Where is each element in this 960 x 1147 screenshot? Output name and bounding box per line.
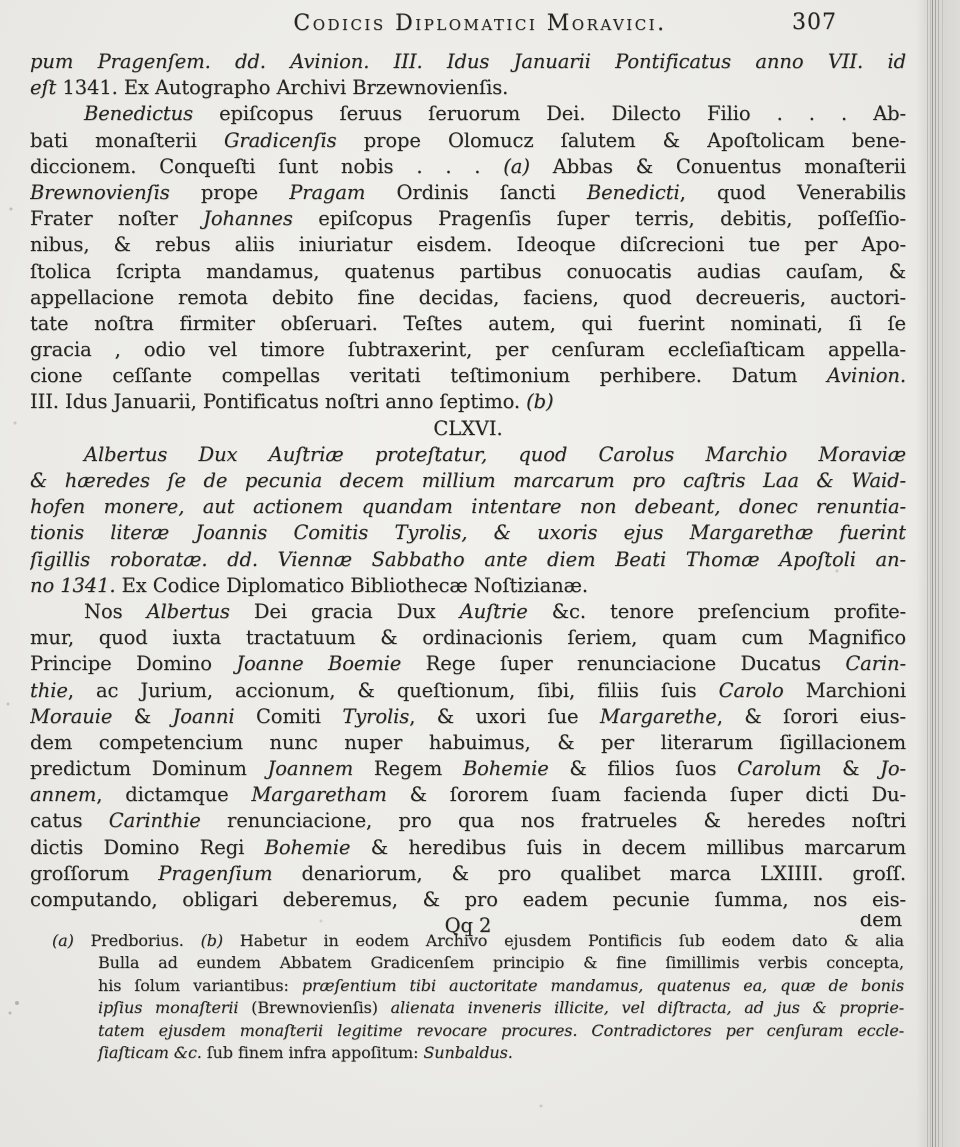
text-segment: mur, quod iuxta tractatuum & ordinacioni… [30,626,906,649]
text-segment: & [112,705,172,728]
text-segment: Morauie [30,705,112,728]
text-segment: epiſcopus Pragenſis ſuper terris, debiti… [293,207,906,230]
text-segment: Abbas & Conuentus monaſterii [530,155,906,178]
text-segment: Albertus Dux Auſtriæ proteſtatur, quod C… [84,443,906,466]
text-line: ſtolica ſcripta mandamus, quatenus parti… [30,260,906,286]
text-segment: , quod Venerabilis [680,181,906,204]
text-segment: computando, obligari deberemus, & pro ea… [30,888,906,911]
text-segment: Bohemie [463,757,549,780]
text-segment: (Brewnovienſis) [251,998,378,1017]
text-segment: Pragam [289,181,365,204]
text-line: Albertus Dux Auſtriæ proteſtatur, quod C… [30,443,906,469]
text-segment: & filios ſuos [549,757,738,780]
text-line: no 1341. Ex Codice Diplomatico Bibliothe… [30,574,906,600]
text-segment: tionis literæ Joannis Comitis Tyrolis, &… [30,521,906,544]
text-segment: thie [30,679,68,702]
text-line: ſiaſticam &c. ſub finem infra appoſitum:… [52,1043,904,1065]
footnote-block: (a) Predborius. (b) Habetur in eodem Arc… [52,931,904,1065]
text-segment: Gradicenſis [224,129,337,152]
text-segment: (a) [503,155,530,178]
text-line: & hæredes ſe de pecunia decem millium ma… [30,469,906,495]
text-line: tatem ejusdem monaſterii legitime revoca… [52,1021,904,1043]
text-segment: alienata inveneris illicite, vel diſtrac… [378,998,904,1017]
text-segment: (b) [526,390,553,413]
text-line: tate noſtra firmiter obſeruari. Teſtes a… [30,312,906,338]
scan-edge-lines [932,0,933,1147]
text-segment: ſub finem infra appoſitum: [202,1043,424,1062]
text-line: groſſorum Pragenſium denariorum, & pro q… [30,862,906,888]
text-segment: Joanne Boemie [236,652,401,675]
text-line: tionis literæ Joannis Comitis Tyrolis, &… [30,521,906,547]
scan-speckles [0,0,2,2]
text-line: bati monaſterii Gradicenſis prope Olomuc… [30,129,906,155]
text-segment: tate noſtra firmiter obſeruari. Teſtes a… [30,312,906,335]
text-segment: Joannem [268,757,354,780]
text-line: mur, quod iuxta tractatuum & ordinacioni… [30,626,906,652]
text-segment: dictis Domino Regi [30,836,265,859]
text-segment: Comiti [234,705,342,728]
text-segment: Bulla ad eundem Abbatem Gradicenſem prin… [98,953,904,972]
text-line: eſt 1341. Ex Autographo Archivi Brzewnov… [30,76,906,102]
text-segment: præſentium tibi auctoritate mandamus, qu… [302,976,904,995]
text-segment: Regem [353,757,463,780]
text-segment: cione ceſſante compellas veritati teſtim… [30,364,827,387]
text-segment: Carin- [845,652,906,675]
text-segment: , ac Jurium, accionum, & queſtionum, ſib… [68,679,719,702]
text-segment: , & ſorori eius- [717,705,906,728]
text-segment: Marchioni [784,679,906,702]
text-segment: & heredibus ſuis in decem millibus marca… [350,836,906,859]
text-segment: , dictamque [96,783,251,806]
text-segment: Dei gracia Dux [230,600,460,623]
text-segment: Johannes [203,207,293,230]
text-segment: Benedicti [587,181,680,204]
text-segment: renunciacione, pro qua nos fratrueles & … [201,809,906,832]
text-segment: predictum Dominum [30,757,268,780]
text-line: CLXVI. [30,417,906,443]
text-segment: Margaretham [251,783,386,806]
text-line: Bulla ad eundem Abbatem Gradicenſem prin… [52,953,904,975]
text-segment: Ordinis ſancti [365,181,587,204]
text-segment: , & uxori ſue [409,705,600,728]
text-line: catus Carinthie renunciacione, pro qua n… [30,809,906,835]
text-segment: Tyrolis [342,705,409,728]
text-segment: prope Olomucz ſalutem & Apoſtolicam bene… [337,129,906,152]
text-line: diccionem. Conqueſti ſunt nobis . . . (a… [30,155,906,181]
text-segment: (a) [52,931,74,950]
text-segment: Frater noſter [30,207,203,230]
text-segment: eſt [30,76,56,99]
text-line: Nos Albertus Dei gracia Dux Auſtrie &c. … [30,600,906,626]
text-segment: tatem ejusdem monaſterii legitime revoca… [98,1021,904,1040]
text-segment: dem competencium nunc nuper habuimus, & … [30,731,906,754]
text-segment: ſigillis roboratæ. dd. Viennæ Sabbatho a… [30,548,906,571]
text-segment: Auſtrie [460,600,528,623]
text-line: III. Idus Januarii, Pontificatus noſtri … [30,390,906,416]
text-segment: Brewnovienſis [30,181,170,204]
text-segment: 1341. Ex Autographo Archivi Brzewnovienſ… [56,76,508,99]
page-number: 307 [792,10,837,35]
text-line: thie, ac Jurium, accionum, & queſtionum,… [30,679,906,705]
text-line: annem, dictamque Margaretham & ſororem ſ… [30,783,906,809]
text-line: computando, obligari deberemus, & pro ea… [30,888,906,914]
text-segment: bati monaſterii [30,129,224,152]
text-segment: no 1341. [30,574,116,597]
text-segment: hofen monere, aut actionem quandam inten… [30,495,906,518]
text-segment: &c. tenore preſencium profite- [528,600,906,623]
text-segment: annem [30,783,96,806]
text-segment: & [821,757,880,780]
text-line: Benedictus epiſcopus ſeruus ſeruorum Dei… [30,102,906,128]
text-segment: & ſororem ſuam facienda ſuper dicti Du- [387,783,906,806]
text-segment: Predborius. [74,931,201,950]
catchword: dem [860,914,902,931]
text-segment: Avinion. [827,364,906,387]
text-line: predictum Dominum Joannem Regem Bohemie … [30,757,906,783]
text-line: dem competencium nunc nuper habuimus, & … [30,731,906,757]
text-segment: appellacione remota debito fine decidas,… [30,286,906,309]
text-segment: prope [170,181,290,204]
text-line: his ſolum variantibus: præſentium tibi a… [52,976,904,998]
text-segment: Principe Domino [30,652,236,675]
text-line: nibus, & rebus aliis iniuriatur eisdem. … [30,233,906,259]
text-segment: (b) [201,931,223,950]
text-segment: diccionem. Conqueſti ſunt nobis . . . [30,155,503,178]
scan-edge-band [916,0,960,1147]
text-segment: Rege ſuper renunciacione Ducatus [401,652,845,675]
text-line: ipſius monaſterii (Brewnovienſis) aliena… [52,998,904,1020]
text-segment: Nos [84,600,147,623]
text-line: Principe Domino Joanne Boemie Rege ſuper… [30,652,906,678]
text-segment: III. Idus Januarii, Pontificatus noſtri … [30,390,526,413]
text-line: cione ceſſante compellas veritati teſtim… [30,364,906,390]
text-segment: Carolum [737,757,821,780]
text-line: gracia , odio vel timore ſubtraxerint, p… [30,338,906,364]
text-segment: Joanni [173,705,235,728]
text-segment: ſtolica ſcripta mandamus, quatenus parti… [30,260,906,283]
text-segment: Benedictus [84,102,193,125]
text-segment: ipſius monaſterii [98,998,251,1017]
text-line: dictis Domino Regi Bohemie & heredibus ſ… [30,836,906,862]
text-line: Frater noſter Johannes epiſcopus Pragenſ… [30,207,906,233]
text-segment: CLXVI. [433,417,502,440]
text-segment: Jo- [880,757,906,780]
text-segment: Albertus [147,600,230,623]
text-segment: Ex Codice Diplomatico Bibliothecæ Noſtiz… [116,574,588,597]
text-segment: Carinthie [109,809,201,832]
text-segment: nibus, & rebus aliis iniuriatur eisdem. … [30,233,906,256]
text-line: pum Pragenſem. dd. Avinion. III. Idus Ja… [30,50,906,76]
text-line: ſigillis roboratæ. dd. Viennæ Sabbatho a… [30,548,906,574]
text-segment: Sunbaldus. [423,1043,512,1062]
text-segment: Margarethe [600,705,717,728]
text-line: Brewnovienſis prope Pragam Ordinis ſanct… [30,181,906,207]
text-line: Morauie & Joanni Comiti Tyrolis, & uxori… [30,705,906,731]
text-segment: gracia , odio vel timore ſubtraxerint, p… [30,338,906,361]
text-segment: his ſolum variantibus: [98,976,302,995]
text-segment: denariorum, & pro qualibet marca LXIIII.… [272,862,906,885]
text-segment: groſſorum [30,862,158,885]
text-line: (a) Predborius. (b) Habetur in eodem Arc… [52,931,904,953]
text-line: appellacione remota debito fine decidas,… [30,286,906,312]
text-segment: pum Pragenſem. dd. Avinion. III. Idus Ja… [30,50,906,73]
text-segment: Carolo [719,679,784,702]
text-segment: Bohemie [265,836,351,859]
text-segment: Habetur in eodem Archivo ejusdem Pontifi… [223,931,904,950]
text-segment: & hæredes ſe de pecunia decem millium ma… [30,469,906,492]
text-segment: ſiaſticam &c. [98,1043,202,1062]
text-line: hofen monere, aut actionem quandam inten… [30,495,906,521]
text-segment: catus [30,809,109,832]
text-segment: epiſcopus ſeruus ſeruorum Dei. Dilecto F… [193,102,906,125]
text-segment: Pragenſium [158,862,272,885]
body-text-block: pum Pragenſem. dd. Avinion. III. Idus Ja… [30,50,906,940]
scanned-page: Codicis Diplomatici Moravici. 307 pum Pr… [0,0,960,1147]
